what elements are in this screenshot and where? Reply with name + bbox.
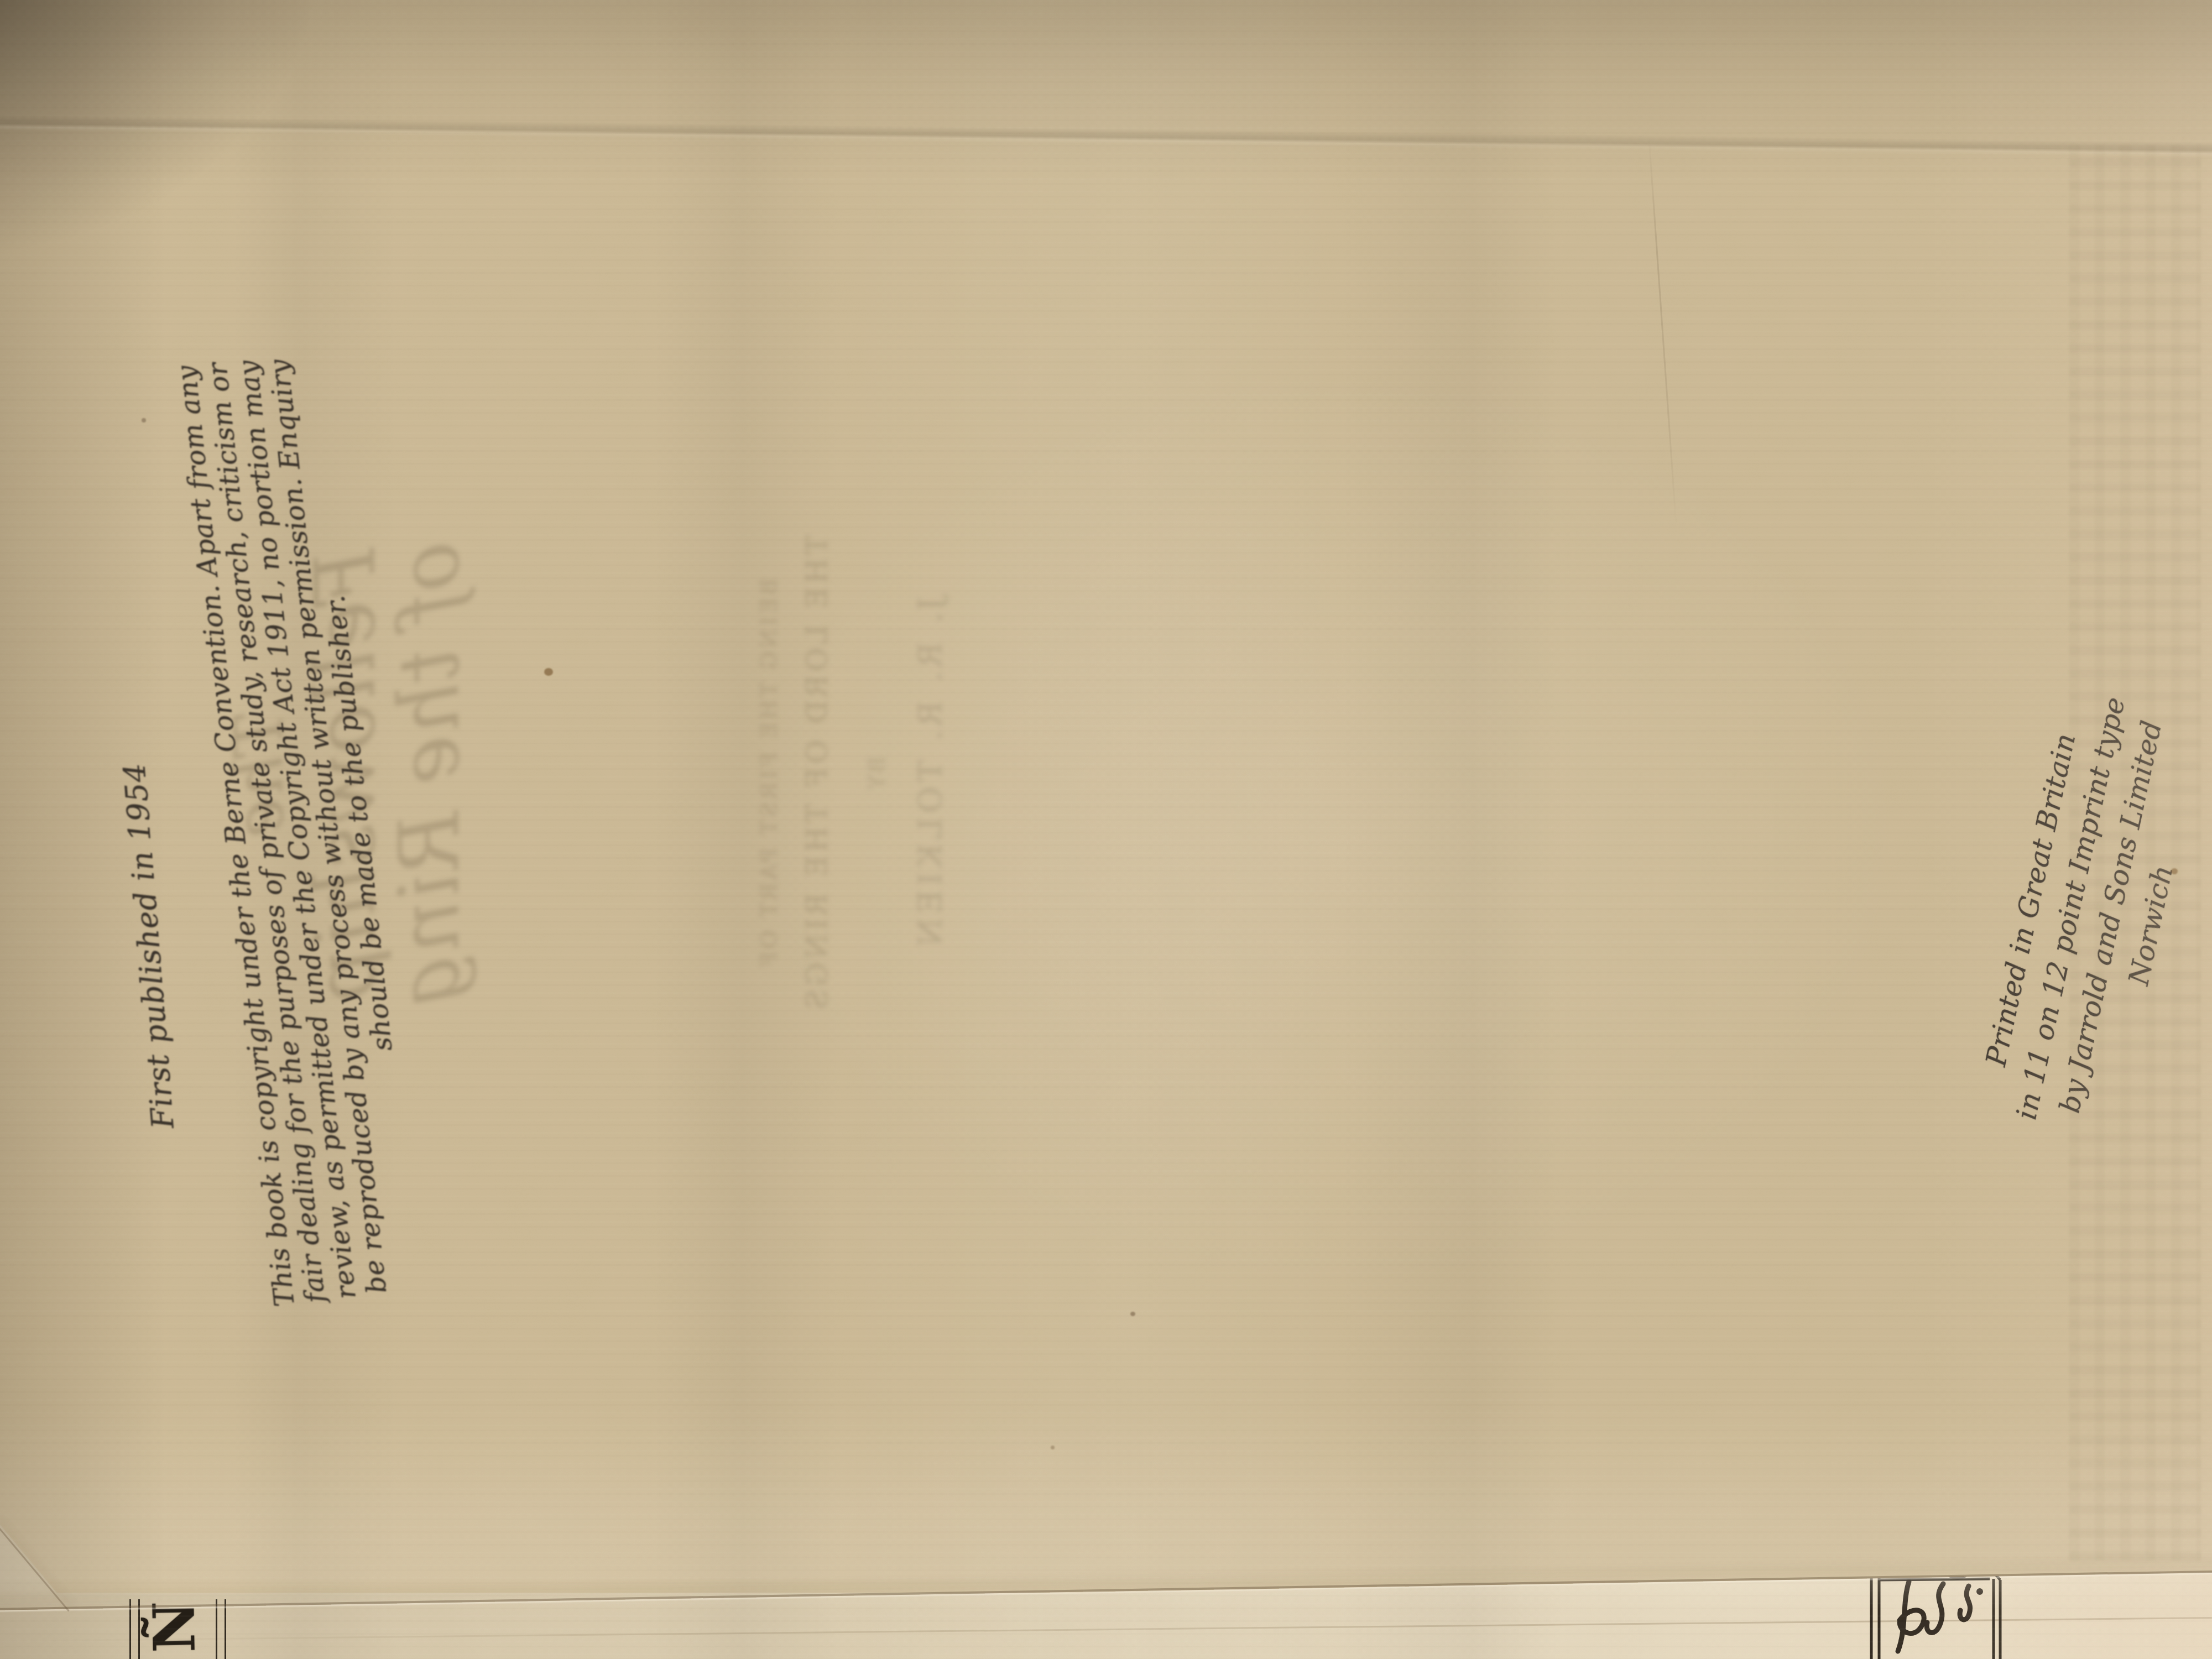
- foxing-speck: [142, 418, 146, 422]
- embossed-border-show-through: [2069, 145, 2201, 1561]
- foxing-speck: [1130, 1312, 1135, 1316]
- copyright-page: The Fellowship of the Ring BEING THE FIR…: [0, 0, 2212, 1593]
- show-through-line: J. R. R. TOLKIEN: [911, 111, 949, 1438]
- show-through-line: THE LORD OF THE RINGS: [801, 111, 834, 1438]
- foxing-speck: [2171, 868, 2178, 874]
- foxing-speck: [1051, 1446, 1055, 1449]
- script-glyphs: [1898, 1571, 1983, 1651]
- foxing-speck: [544, 668, 553, 676]
- under-page-frame-fragment: [1863, 1567, 2007, 1659]
- show-through-line: BEING THE FIRST PART OF: [757, 111, 782, 1438]
- book-copyright-page-photo: Ñ The Fellowship of the Ring: [0, 0, 2212, 1659]
- page-clip: The Fellowship of the Ring BEING THE FIR…: [0, 0, 2212, 1659]
- edition-line: First published in 1954: [115, 735, 182, 1157]
- show-through-line: BY: [864, 111, 890, 1438]
